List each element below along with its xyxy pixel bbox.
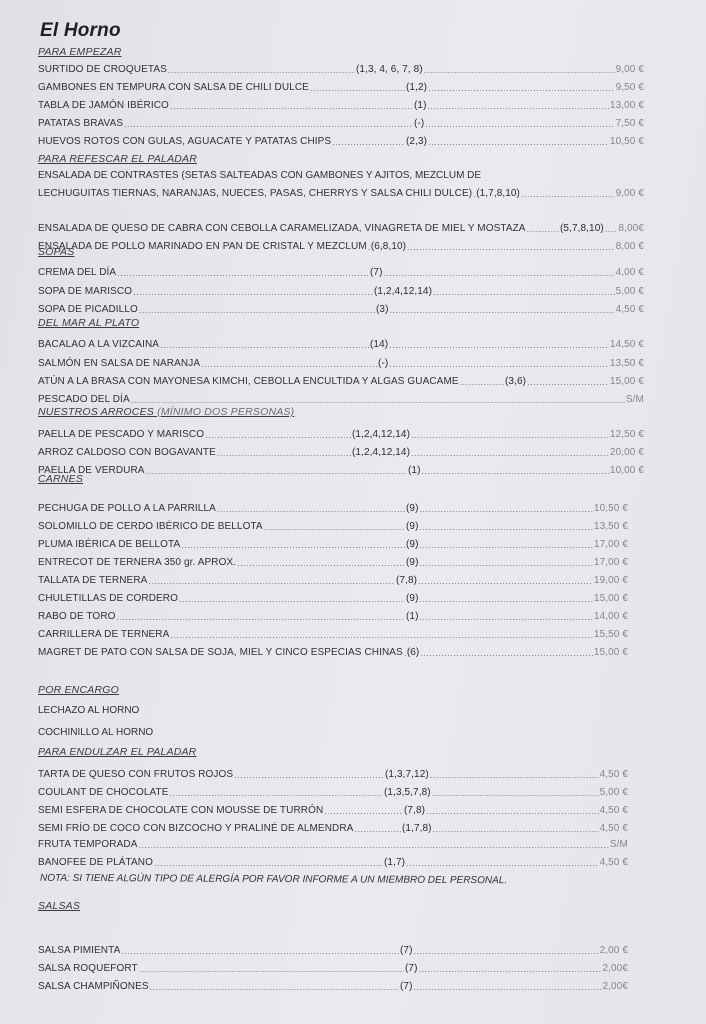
leader-dots: ........................................…: [354, 822, 401, 836]
leader-dots: ........................................…: [139, 962, 404, 976]
menu-item-allergens: (1,2,4,12,14): [352, 428, 410, 442]
menu-item: CHULETILLAS DE CORDERO15,00 €(9)........…: [38, 592, 628, 606]
menu-item-allergens: (1,2,4,12,14): [352, 446, 410, 460]
leader-dots: ........................................…: [170, 99, 413, 113]
leader-dots: ........................................…: [205, 428, 351, 442]
menu-item-price: 10,50 €: [594, 502, 628, 516]
section-heading-text: NUESTROS ARROCES: [38, 406, 154, 418]
menu-item: BANOFEE DE PLÁTANO4,50 €(1,7)...........…: [38, 856, 628, 870]
menu-item-allergens: (-): [378, 357, 388, 371]
menu-item-name: ENSALADA DE POLLO MARINADO EN PAN DE CRI…: [38, 240, 367, 254]
leader-dots: ........................................…: [460, 375, 504, 389]
menu-item-price: 20,00 €: [610, 446, 644, 460]
menu-item-name: PESCADO DEL DÍA: [38, 393, 130, 407]
leader-dots: ........................................…: [133, 285, 373, 299]
menu-item-allergens: (6): [407, 646, 420, 660]
menu-item: ENSALADA DE QUESO DE CABRA CON CEBOLLA C…: [38, 222, 644, 236]
menu-item-price: 10,50 €: [610, 135, 644, 149]
menu-item: LECHUGUITAS TIERNAS, NARANJAS, NUECES, P…: [38, 187, 644, 201]
section-heading-carnes: CARNES: [38, 473, 83, 485]
menu-item-allergens: (1,7): [384, 856, 405, 870]
menu-item-allergens: (1,7,8,10): [476, 187, 520, 201]
menu-item: COCHINILLO AL HORNO: [38, 727, 153, 738]
menu-item: BACALAO A LA VIZCAINA14,50 €(14)........…: [38, 338, 644, 352]
menu-item-name: SURTIDO DE CROQUETAS: [38, 63, 167, 77]
menu-item-price: 4,50 €: [600, 804, 628, 818]
leader-dots: ........................................…: [217, 502, 405, 516]
menu-item-price: 7,50 €: [616, 117, 644, 131]
menu-item-price: S/M: [626, 393, 644, 407]
leader-dots: ........................................…: [414, 980, 602, 994]
menu-item-name: ENSALADA DE CONTRASTES (SETAS SALTEADAS …: [38, 170, 481, 181]
menu-item-name: SALSA PIMIENTA: [38, 944, 120, 958]
section-heading-para-refescar-el-paladar: PARA REFESCAR EL PALADAR: [38, 153, 197, 165]
leader-dots: ........................................…: [138, 838, 608, 852]
leader-dots: ........................................…: [404, 646, 406, 660]
leader-dots: ........................................…: [420, 556, 593, 570]
menu-item-name: TABLA DE JAMÓN IBÉRICO: [38, 99, 169, 113]
menu-item-allergens: (1): [414, 99, 427, 113]
leader-dots: ........................................…: [168, 63, 355, 77]
leader-dots: ........................................…: [131, 393, 625, 407]
menu-item: PAELLA DE PESCADO Y MARISCO12,50 €(1,2,4…: [38, 428, 644, 442]
menu-item-price: 14,50 €: [610, 338, 644, 352]
leader-dots: ........................................…: [146, 464, 407, 478]
menu-item-name: ENSALADA DE QUESO DE CABRA CON CEBOLLA C…: [38, 222, 526, 236]
section-heading-para-endulzar-el-paladar: PARA ENDULZAR EL PALADAR: [38, 746, 196, 758]
menu-item-allergens: (7,8): [396, 574, 417, 588]
menu-item-price: 19,00 €: [594, 574, 628, 588]
menu-item-price: 17,00 €: [594, 556, 628, 570]
menu-item-name: CREMA DEL DÍA: [38, 266, 116, 280]
menu-item-name: CHULETILLAS DE CORDERO: [38, 592, 178, 606]
leader-dots: ........................................…: [420, 610, 593, 624]
leader-dots: ........................................…: [426, 804, 599, 818]
menu-item-price: 4,50 €: [600, 768, 628, 782]
menu-item-price: 4,50 €: [600, 822, 628, 836]
leader-dots: ........................................…: [117, 610, 405, 624]
menu-item-price: 8,00 €: [616, 240, 644, 254]
section-heading-text: CARNES: [38, 473, 83, 485]
menu-item-name: SOLOMILLO DE CERDO IBÉRICO DE BELLOTA: [38, 520, 263, 534]
leader-dots: ........................................…: [414, 944, 599, 958]
menu-item: SALSA ROQUEFORT2,00€(7).................…: [38, 962, 628, 976]
leader-dots: ........................................…: [432, 786, 599, 800]
menu-item-price: 15,00 €: [610, 375, 644, 389]
menu-item-price: 14,00 €: [594, 610, 628, 624]
section-heading-note: (MÍNIMO DOS PERSONAS): [154, 406, 294, 418]
menu-item-name: PLUMA IBÉRICA DE BELLOTA: [38, 538, 180, 552]
menu-item: TARTA DE QUESO CON FRUTOS ROJOS4,50 €(1,…: [38, 768, 628, 782]
section-heading-para-empezar: PARA EMPEZAR: [38, 46, 122, 58]
menu-item-name: TARTA DE QUESO CON FRUTOS ROJOS: [38, 768, 233, 782]
leader-dots: ........................................…: [124, 117, 413, 131]
menu-item-allergens: (1): [406, 610, 419, 624]
menu-item: CARRILLERA DE TERNERA15,50 €............…: [38, 628, 628, 642]
leader-dots: ........................................…: [150, 980, 399, 994]
menu-item: SEMI FRÍO DE COCO CON BIZCOCHO Y PRALINÉ…: [38, 822, 628, 836]
section-heading-text: PARA EMPEZAR: [38, 46, 122, 58]
leader-dots: ........................................…: [428, 135, 609, 149]
menu-item-price: 9,00 €: [616, 187, 644, 201]
leader-dots: ........................................…: [389, 357, 609, 371]
menu-item: RABO DE TORO14,00 €(1)..................…: [38, 610, 628, 624]
menu-item-allergens: (9): [406, 502, 419, 516]
menu-item-price: 2,00 €: [600, 944, 628, 958]
menu-item-name: ATÚN A LA BRASA CON MAYONESA KIMCHI, CEB…: [38, 375, 459, 389]
menu-item-allergens: (1,3,5,7,8): [384, 786, 431, 800]
menu-item: ENTRECOT DE TERNERA 350 gr. APROX.17,00 …: [38, 556, 628, 570]
menu-item: SALSA PIMIENTA2,00 €(7).................…: [38, 944, 628, 958]
leader-dots: ........................................…: [433, 822, 599, 836]
leader-dots: ........................................…: [527, 222, 559, 236]
leader-dots: ........................................…: [407, 240, 615, 254]
leader-dots: ........................................…: [117, 266, 369, 280]
leader-dots: ........................................…: [181, 538, 405, 552]
leader-dots: ........................................…: [154, 856, 383, 870]
menu-item: TABLA DE JAMÓN IBÉRICO13,00 €(1)........…: [38, 99, 644, 113]
menu-title: El Horno: [40, 20, 121, 42]
menu-item-allergens: (5,7,8,10): [560, 222, 604, 236]
leader-dots: ........................................…: [310, 81, 405, 95]
section-heading-salsas: SALSAS: [38, 900, 80, 912]
leader-dots: ........................................…: [170, 786, 383, 800]
menu-item-allergens: (7): [405, 962, 418, 976]
menu-item-allergens: (6,8,10): [371, 240, 406, 254]
menu-item-name: GAMBONES EN TEMPURA CON SALSA DE CHILI D…: [38, 81, 309, 95]
menu-item-name: COULANT DE CHOCOLATE: [38, 786, 169, 800]
leader-dots: ........................................…: [389, 338, 609, 352]
menu-item-allergens: (9): [406, 520, 419, 534]
menu-item: SURTIDO DE CROQUETAS9,00 €(1,3, 4, 6, 7,…: [38, 63, 644, 77]
section-heading-nuestros-arroces: NUESTROS ARROCES (MÍNIMO DOS PERSONAS): [38, 406, 294, 418]
menu-item-name: LECHUGUITAS TIERNAS, NARANJAS, NUECES, P…: [38, 187, 472, 201]
menu-item-price: 13,50 €: [594, 520, 628, 534]
menu-item: FRUTA TEMPORADAS/M......................…: [38, 838, 628, 852]
leader-dots: ........................................…: [521, 187, 615, 201]
leader-dots: ........................................…: [217, 446, 351, 460]
menu-item-allergens: (1,3, 4, 6, 7, 8): [356, 63, 423, 77]
leader-dots: ........................................…: [420, 592, 593, 606]
menu-item-price: 13,00 €: [610, 99, 644, 113]
menu-item-allergens: (1): [408, 464, 421, 478]
menu-item-name: TALLATA DE TERNERA: [38, 574, 147, 588]
menu-item-price: 17,00 €: [594, 538, 628, 552]
menu-item-allergens: (9): [406, 538, 419, 552]
menu-item: HUEVOS ROTOS CON GULAS, AGUACATE Y PATAT…: [38, 135, 644, 149]
leader-dots: ........................................…: [527, 375, 609, 389]
menu-item-price: 8,00€: [618, 222, 644, 236]
menu-item-name: FRUTA TEMPORADA: [38, 838, 137, 852]
section-heading-text: SALSAS: [38, 900, 80, 912]
leader-dots: ........................................…: [264, 520, 405, 534]
leader-dots: ........................................…: [411, 446, 609, 460]
leader-dots: ........................................…: [237, 556, 405, 570]
menu-item-name: PATATAS BRAVAS: [38, 117, 123, 131]
leader-dots: ........................................…: [433, 285, 615, 299]
menu-item: SALSA CHAMPIÑONES2,00€(7)...............…: [38, 980, 628, 994]
menu-item-name: SEMI ESFERA DE CHOCOLATE CON MOUSSE DE T…: [38, 804, 323, 818]
leader-dots: ........................................…: [419, 962, 602, 976]
leader-dots: ........................................…: [428, 99, 609, 113]
menu-item: MAGRET DE PATO CON SALSA DE SOJA, MIEL Y…: [38, 646, 628, 660]
menu-item-allergens: (9): [406, 556, 419, 570]
section-heading-text: DEL MAR AL PLATO: [38, 317, 139, 329]
menu-item-price: 9,00 €: [616, 63, 644, 77]
menu-item-price: 2,00€: [602, 962, 628, 976]
leader-dots: ........................................…: [170, 628, 593, 642]
leader-dots: ........................................…: [324, 804, 403, 818]
leader-dots: ........................................…: [420, 502, 593, 516]
leader-dots: ........................................…: [422, 464, 609, 478]
menu-item-price: 13,50 €: [610, 357, 644, 371]
menu-item-name: HUEVOS ROTOS CON GULAS, AGUACATE Y PATAT…: [38, 135, 331, 149]
menu-item: TALLATA DE TERNERA19,00 €(7,8)..........…: [38, 574, 628, 588]
menu-item-price: 9,50 €: [616, 81, 644, 95]
menu-item-price: 15,00 €: [594, 592, 628, 606]
menu-item-allergens: (9): [406, 592, 419, 606]
menu-item-name: MAGRET DE PATO CON SALSA DE SOJA, MIEL Y…: [38, 646, 403, 660]
leader-dots: ........................................…: [473, 187, 475, 201]
menu-item: COULANT DE CHOCOLATE5,00 €(1,3,5,7,8)...…: [38, 786, 628, 800]
menu-item-name: BACALAO A LA VIZCAINA: [38, 338, 159, 352]
leader-dots: ........................................…: [139, 303, 375, 317]
menu-item-allergens: (-): [414, 117, 424, 131]
leader-dots: ........................................…: [420, 646, 593, 660]
menu-item-allergens: (7): [400, 980, 413, 994]
menu-item-price: 4,50 €: [616, 303, 644, 317]
section-heading-del-mar-al-plato: DEL MAR AL PLATO: [38, 317, 139, 329]
leader-dots: ........................................…: [390, 303, 615, 317]
leader-dots: ........................................…: [411, 428, 609, 442]
menu-item-price: 12,50 €: [610, 428, 644, 442]
leader-dots: ........................................…: [428, 81, 615, 95]
allergy-note: NOTA: SI TIENE ALGÚN TIPO DE ALERGÍA POR…: [40, 873, 507, 886]
menu-item-price: 5,00 €: [616, 285, 644, 299]
menu-item-price: 10,00 €: [610, 464, 644, 478]
menu-item-name: ARROZ CALDOSO CON BOGAVANTE: [38, 446, 216, 460]
menu-item: PESCADO DEL DÍAS/M......................…: [38, 393, 644, 407]
menu-item-name: ENTRECOT DE TERNERA 350 gr. APROX.: [38, 556, 236, 570]
leader-dots: ........................................…: [418, 574, 593, 588]
menu-item-name: SEMI FRÍO DE COCO CON BIZCOCHO Y PRALINÉ…: [38, 822, 353, 836]
menu-item: PAELLA DE VERDURA10,00 €(1).............…: [38, 464, 644, 478]
menu-item: PECHUGA DE POLLO A LA PARRILLA10,50 €(9)…: [38, 502, 628, 516]
leader-dots: ........................................…: [420, 520, 593, 534]
menu-item-price: 5,00 €: [600, 786, 628, 800]
menu-item: ARROZ CALDOSO CON BOGAVANTE20,00 €(1,2,4…: [38, 446, 644, 460]
leader-dots: ........................................…: [430, 768, 599, 782]
leader-dots: ........................................…: [201, 357, 377, 371]
menu-item-name: PECHUGA DE POLLO A LA PARRILLA: [38, 502, 216, 516]
menu-item-price: 2,00€: [602, 980, 628, 994]
menu-item-allergens: (1,3,7,12): [385, 768, 429, 782]
menu-item-price: 4,50 €: [600, 856, 628, 870]
leader-dots: ........................................…: [179, 592, 405, 606]
menu-item-allergens: (3): [376, 303, 389, 317]
menu-item-name: SALMÓN EN SALSA DE NARANJA: [38, 357, 200, 371]
section-heading-text: SOPAS: [38, 246, 74, 258]
menu-item-price: 15,50 €: [594, 628, 628, 642]
section-heading-text: POR ENCARGO: [38, 684, 119, 696]
section-heading-por-encargo: POR ENCARGO: [38, 684, 119, 696]
menu-item: SALMÓN EN SALSA DE NARANJA13,50 €(-)....…: [38, 357, 644, 371]
menu-item-allergens: (7): [400, 944, 413, 958]
menu-item-name: BANOFEE DE PLÁTANO: [38, 856, 153, 870]
menu-item: SEMI ESFERA DE CHOCOLATE CON MOUSSE DE T…: [38, 804, 628, 818]
leader-dots: ........................................…: [424, 63, 615, 77]
leader-dots: ........................................…: [384, 266, 615, 280]
menu-item-allergens: (3,6): [505, 375, 526, 389]
leader-dots: ........................................…: [148, 574, 395, 588]
menu-item-price: S/M: [610, 838, 628, 852]
menu-item-name: SOPA DE PICADILLO: [38, 303, 138, 317]
menu-item-name: CARRILLERA DE TERNERA: [38, 628, 169, 642]
leader-dots: ........................................…: [425, 117, 614, 131]
menu-item: CREMA DEL DÍA4,00 €(7)..................…: [38, 266, 644, 280]
leader-dots: ........................................…: [332, 135, 405, 149]
menu-item: GAMBONES EN TEMPURA CON SALSA DE CHILI D…: [38, 81, 644, 95]
menu-item-name: SALSA CHAMPIÑONES: [38, 980, 149, 994]
menu-item: SOPA DE MARISCO5,00 €(1,2,4,12,14)......…: [38, 285, 644, 299]
leader-dots: ........................................…: [605, 222, 618, 236]
leader-dots: ........................................…: [420, 538, 593, 552]
menu-item: PLUMA IBÉRICA DE BELLOTA17,00 €(9)......…: [38, 538, 628, 552]
menu-item-name: PAELLA DE PESCADO Y MARISCO: [38, 428, 204, 442]
section-heading-text: PARA ENDULZAR EL PALADAR: [38, 746, 196, 758]
menu-item-name: RABO DE TORO: [38, 610, 116, 624]
menu-item-allergens: (14): [370, 338, 388, 352]
menu-item: SOLOMILLO DE CERDO IBÉRICO DE BELLOTA13,…: [38, 520, 628, 534]
leader-dots: ........................................…: [121, 944, 399, 958]
menu-item-allergens: (1,7,8): [402, 822, 432, 836]
menu-item-name: SALSA ROQUEFORT: [38, 962, 138, 976]
section-heading-text: PARA REFESCAR EL PALADAR: [38, 153, 197, 165]
menu-item: PATATAS BRAVAS7,50 €(-).................…: [38, 117, 644, 131]
menu-item-name: SOPA DE MARISCO: [38, 285, 132, 299]
menu-item-allergens: (7): [370, 266, 383, 280]
leader-dots: ........................................…: [160, 338, 369, 352]
section-heading-sopas: SOPAS: [38, 246, 74, 258]
menu-item-price: 4,00 €: [616, 266, 644, 280]
menu-item-allergens: (7,8): [404, 804, 425, 818]
menu-item-price: 15,00 €: [594, 646, 628, 660]
menu-item: LECHAZO AL HORNO: [38, 705, 139, 716]
menu-item: ENSALADA DE POLLO MARINADO EN PAN DE CRI…: [38, 240, 644, 254]
menu-item: ATÚN A LA BRASA CON MAYONESA KIMCHI, CEB…: [38, 375, 644, 389]
menu-item-allergens: (1,2): [406, 81, 427, 95]
leader-dots: ........................................…: [406, 856, 599, 870]
leader-dots: ........................................…: [234, 768, 384, 782]
menu-item-allergens: (1,2,4,12,14): [374, 285, 432, 299]
menu-item-allergens: (2,3): [406, 135, 427, 149]
leader-dots: ........................................…: [368, 240, 370, 254]
menu-item: SOPA DE PICADILLO4,50 €(3)..............…: [38, 303, 644, 317]
